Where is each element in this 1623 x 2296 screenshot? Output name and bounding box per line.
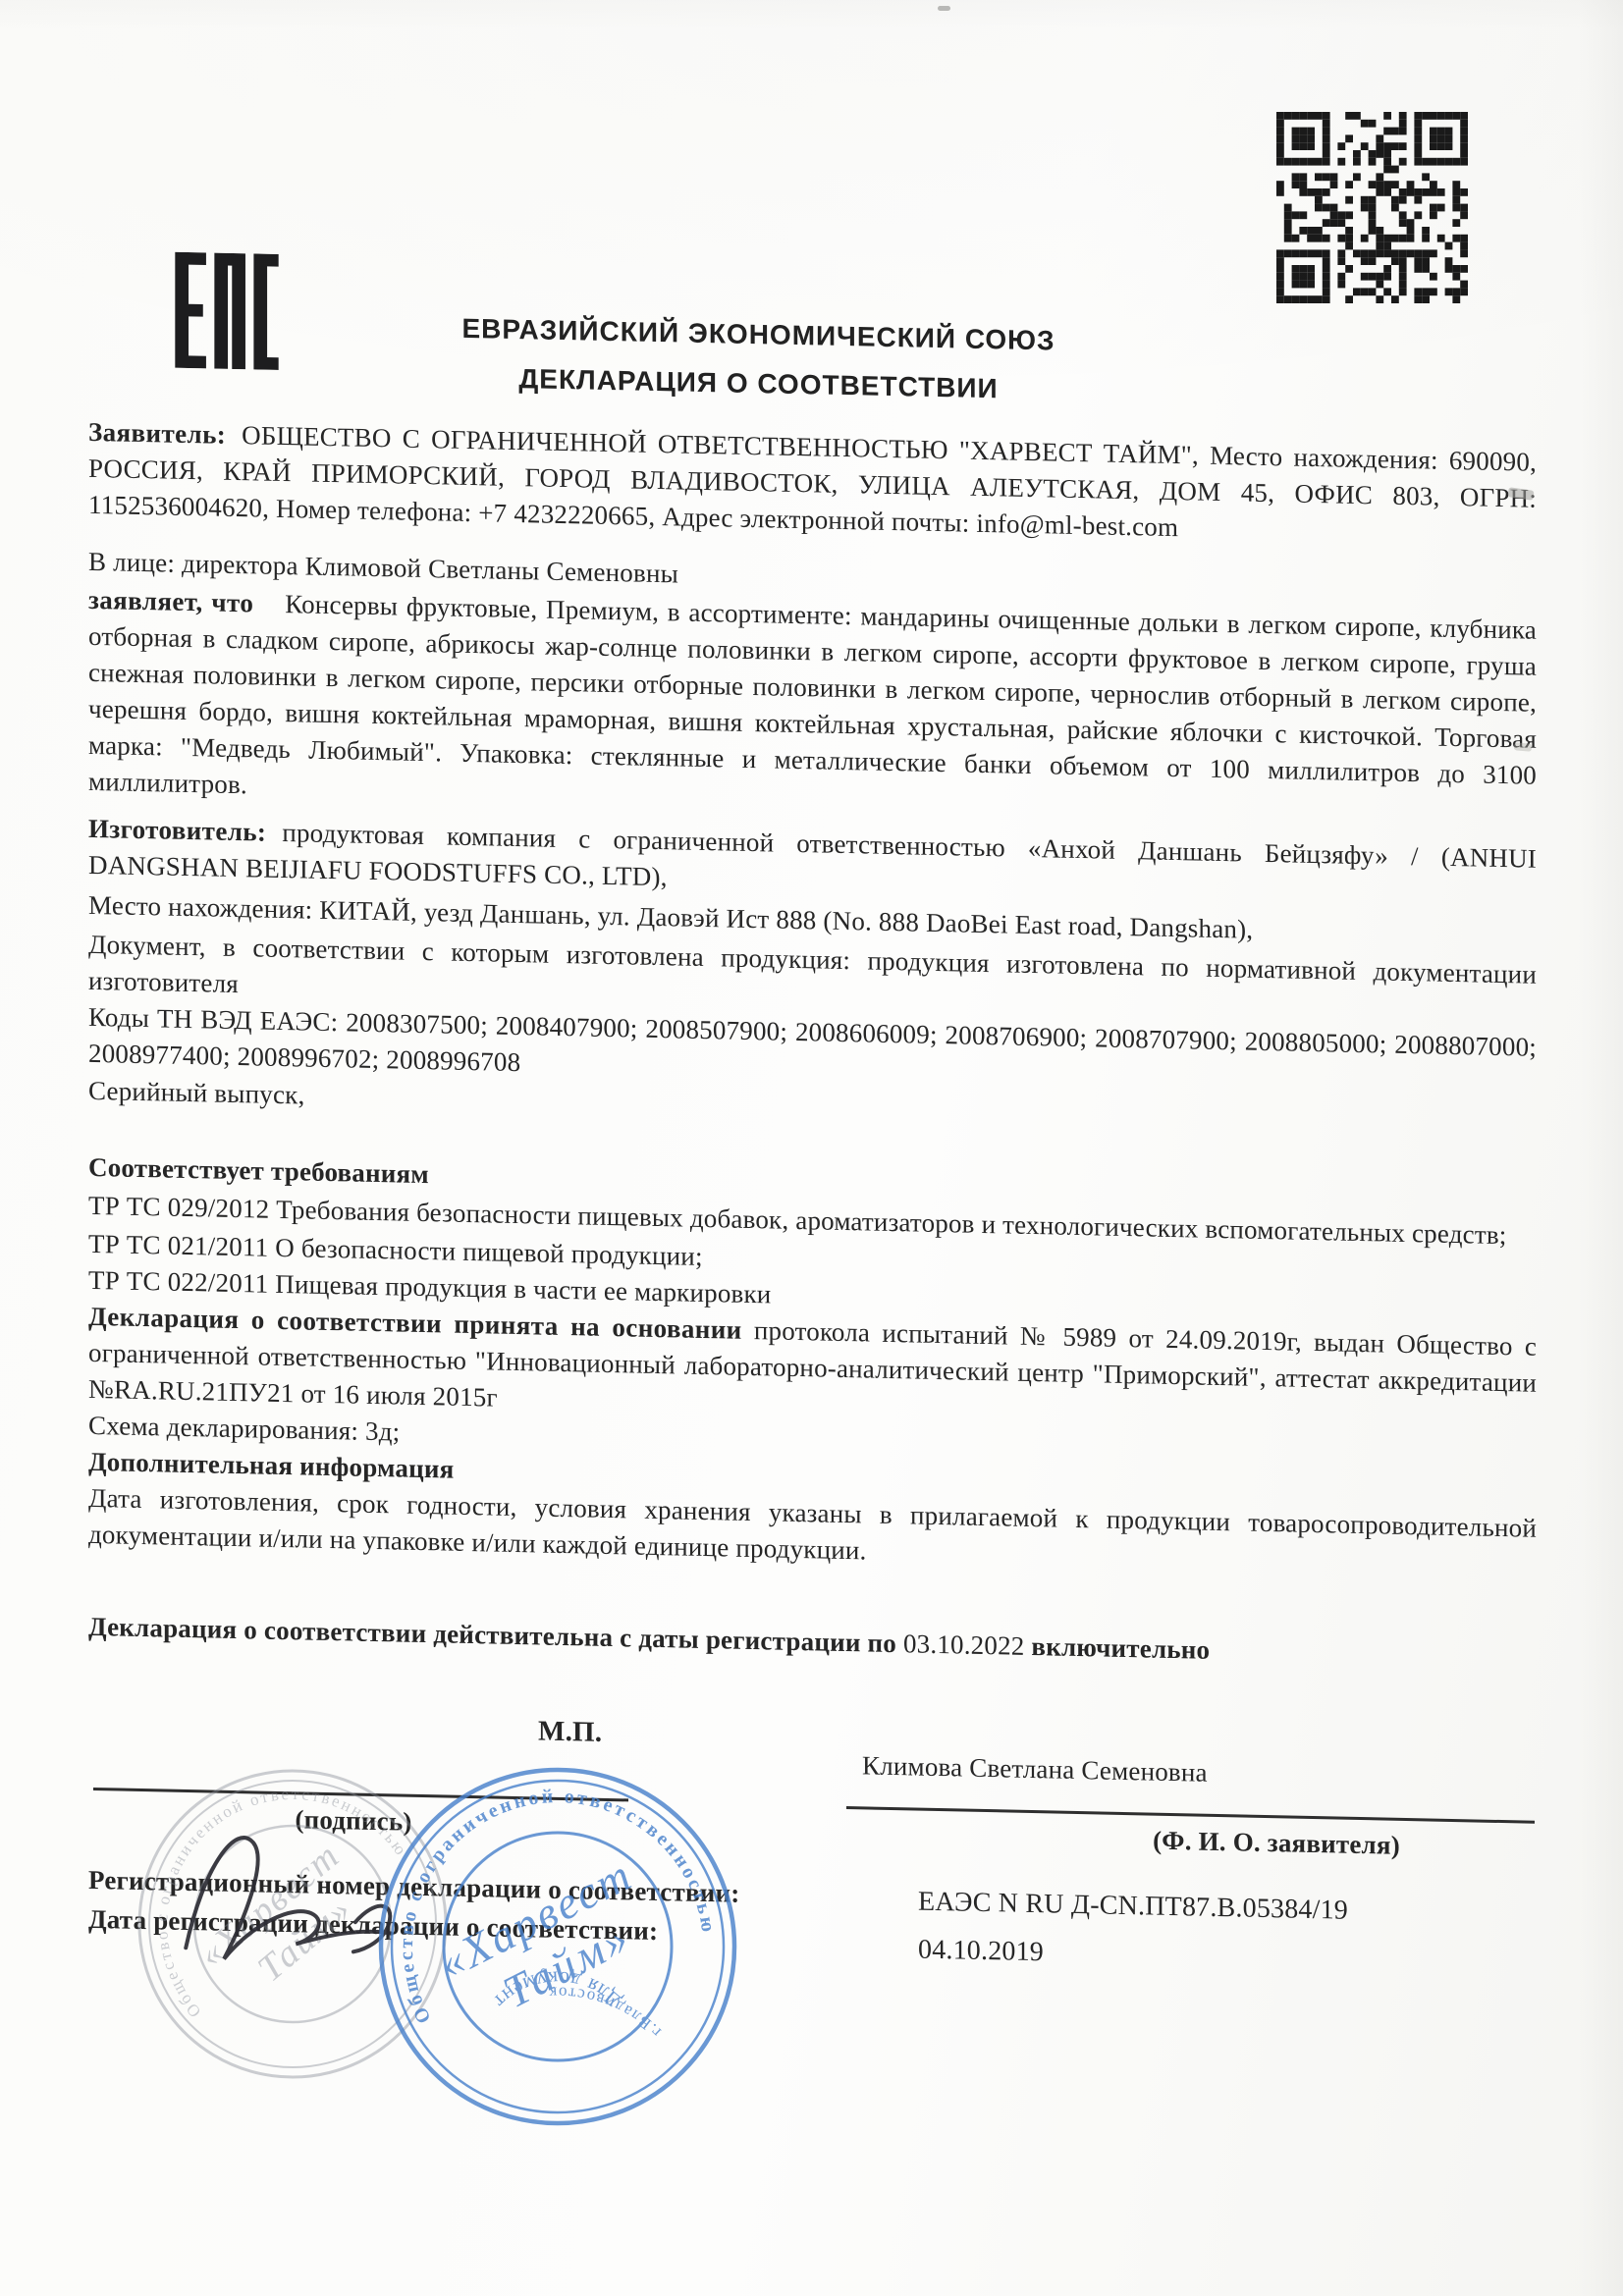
stamp-place-label: М.П. xyxy=(538,1713,602,1750)
manufacturer-label: Изготовитель: xyxy=(88,814,266,847)
registration-date-value: 04.10.2019 xyxy=(918,1932,1044,1971)
document-title-block: ЕВРАЗИЙСКИЙ ЭКОНОМИЧЕСКИЙ СОЮЗ ДЕКЛАРАЦИ… xyxy=(88,296,1429,423)
validity-date: 03.10.2022 xyxy=(903,1629,1025,1661)
declares-text: Консервы фруктовые, Премиум, в ассортиме… xyxy=(88,589,1537,799)
handwritten-signature xyxy=(141,1797,487,1997)
validity-suffix: включительно xyxy=(1031,1631,1210,1665)
manufacturer-text: продуктовая компания с ограниченной отве… xyxy=(88,818,1537,891)
blue-stamp-city-text: г.Владивосток xyxy=(547,1984,665,2042)
declares-paragraph: заявляет, чтоКонсервы фруктовые, Премиум… xyxy=(88,582,1537,830)
declares-label: заявляет, что xyxy=(88,585,253,618)
applicant-label: Заявитель: xyxy=(88,417,226,450)
signee-name-line xyxy=(846,1806,1535,1824)
scanned-text-area: ЕВРАЗИЙСКИЙ ЭКОНОМИЧЕСКИЙ СОЮЗ ДЕКЛАРАЦИ… xyxy=(0,0,1623,1970)
signee-name: Климова Светлана Семеновна xyxy=(862,1747,1208,1790)
svg-text:г.Владивосток: г.Владивосток xyxy=(547,1984,665,2042)
document-header: ЕВРАЗИЙСКИЙ ЭКОНОМИЧЕСКИЙ СОЮЗ ДЕКЛАРАЦИ… xyxy=(88,2,1537,445)
document-page: ЕВРАЗИЙСКИЙ ЭКОНОМИЧЕСКИЙ СОЮЗ ДЕКЛАРАЦИ… xyxy=(0,0,1623,2296)
signee-caption: (Ф. И. О. заявителя) xyxy=(1031,1820,1522,1866)
scan-artifact xyxy=(938,6,950,11)
